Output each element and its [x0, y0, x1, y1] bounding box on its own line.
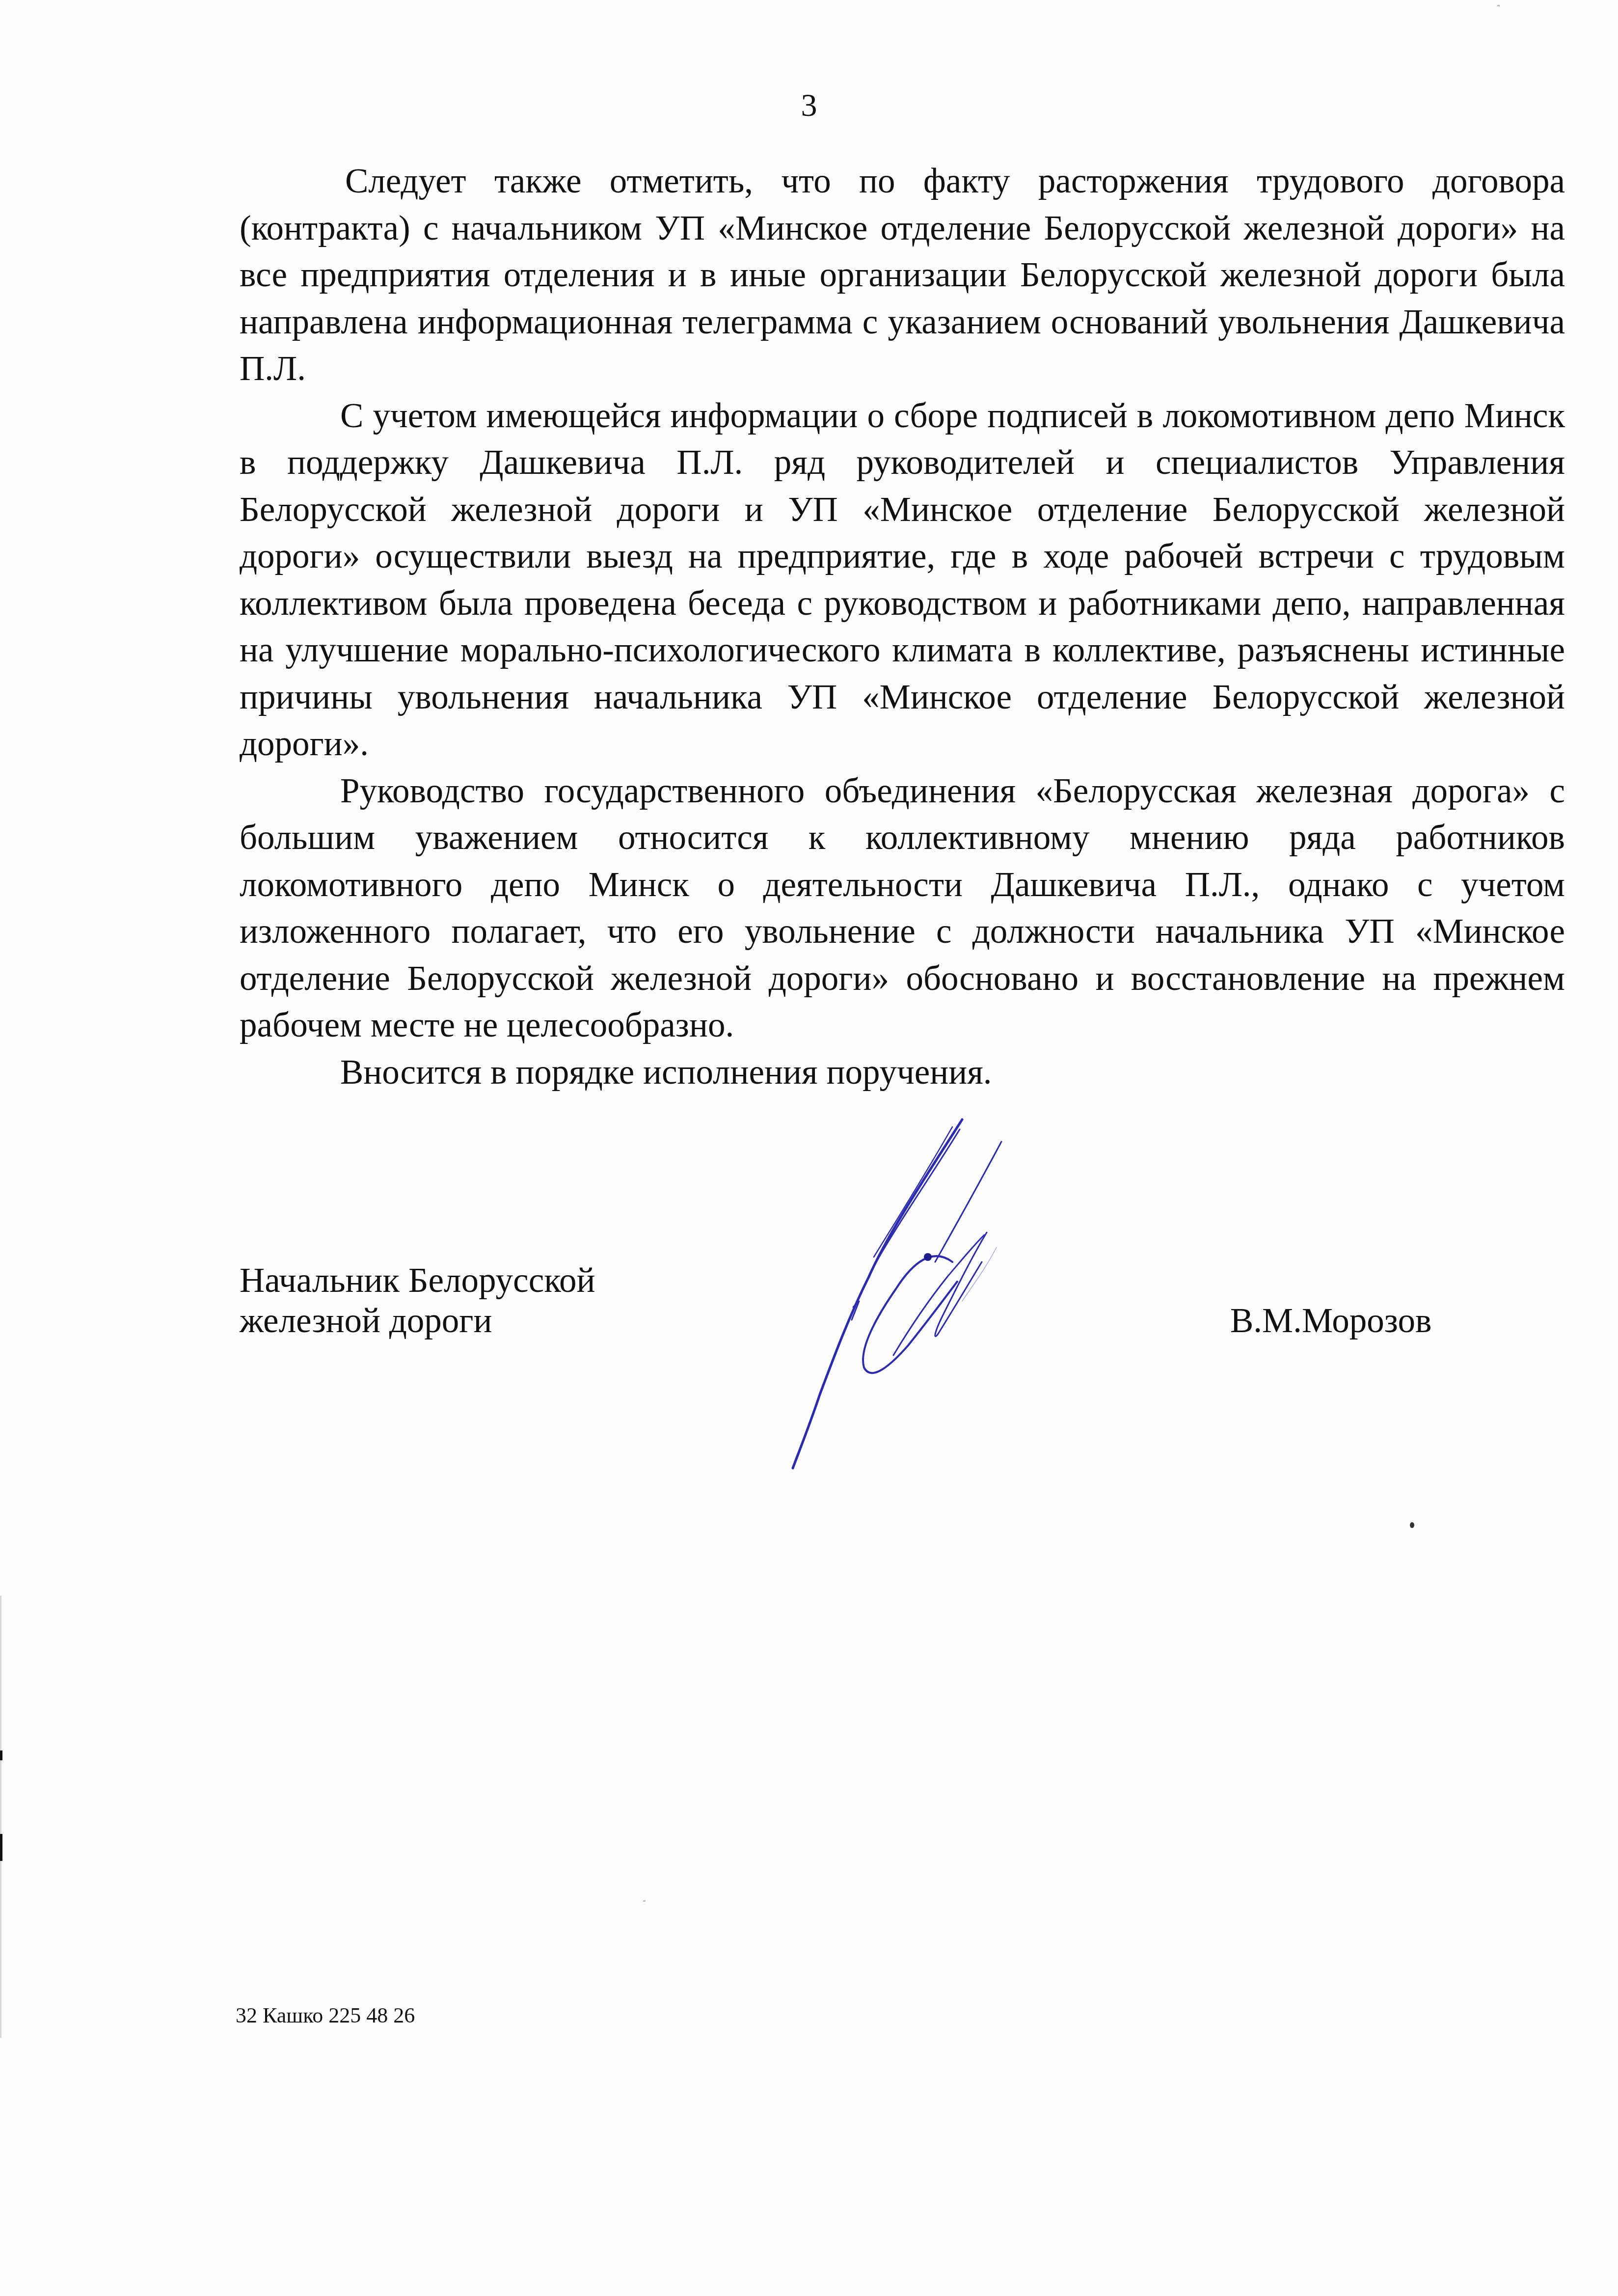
signatory-position-line1: Начальник Белорусской	[240, 1260, 595, 1301]
document-page: 3 Следует также отметить, что по факту р…	[0, 0, 1618, 2296]
signatory-position: Начальник Белорусской железной дороги	[240, 1260, 595, 1341]
handwritten-signature-icon	[766, 1100, 1021, 1473]
scan-speck	[1497, 5, 1500, 6]
scan-speck	[643, 1900, 646, 1902]
paragraph-depot-visit: С учетом имеющейся информации о сборе по…	[240, 393, 1565, 768]
scan-margin-mark	[0, 1834, 2, 1861]
executor-contact-line: 32 Кашко 225 48 26	[236, 2001, 415, 2030]
signatory-position-line2: железной дороги	[240, 1301, 595, 1341]
letter-body: Следует также отметить, что по факту рас…	[240, 158, 1565, 1096]
paragraph-management-position: Руководство государственного объединения…	[240, 768, 1565, 1049]
paragraph-telegram-notice: Следует также отметить, что по факту рас…	[240, 158, 1565, 393]
scan-margin-mark	[0, 1750, 2, 1760]
paragraph-closing: Вносится в порядке исполнения поручения.	[240, 1049, 1565, 1096]
scan-edge-shadow	[0, 1596, 1, 2038]
signatory-name: В.М.Морозов	[1230, 1301, 1432, 1341]
scan-speck	[1410, 1522, 1414, 1528]
page-number: 3	[0, 83, 1618, 128]
